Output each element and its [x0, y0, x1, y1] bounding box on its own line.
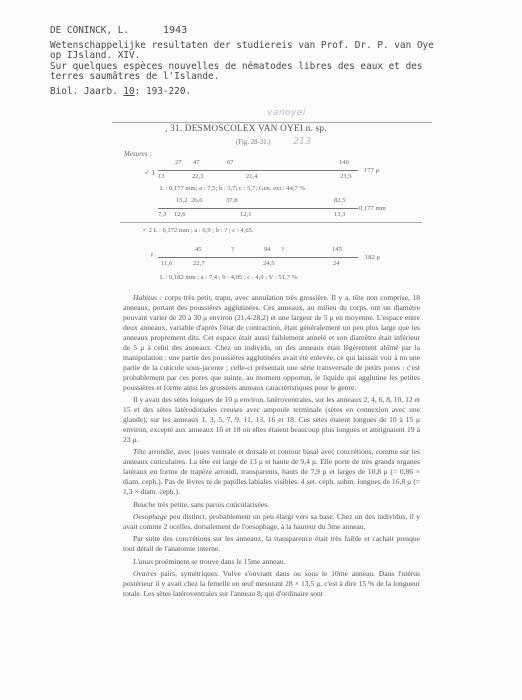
male2-summary: ♂ 2 L : 0,172 mm ; a : 6,9 ; b : ? ; c :…	[142, 227, 253, 234]
paragraph-mouth: Bouche très petite, sans parois cuticula…	[123, 500, 420, 510]
section-separator	[120, 222, 422, 223]
female-total: 182 μ	[365, 254, 380, 261]
paragraph-ovaries: Ovaires pairs, symétriques. Vulve s'ouvr…	[123, 569, 420, 599]
handwritten-number-annotation: 213	[293, 136, 311, 147]
author: DE CONINCK, L.	[50, 25, 129, 36]
subtitle-line-2: terres saumâtres de l'Islande.	[50, 72, 510, 83]
author-line: DE CONINCK, L.1943	[50, 26, 510, 37]
measurements-label: Mesures :	[124, 150, 152, 158]
female-summary: L : 0,182 mm ; a : 7,4 ; b : 4,05 ; c : …	[160, 274, 299, 281]
figure-reference: (Fig. 28-31.)	[236, 139, 271, 146]
female-formula-line	[158, 257, 358, 258]
paragraph-oesophagus: Oesophage peu distinct, probablement un …	[123, 512, 420, 532]
paragraph-transparency: Par suite des concrétions sur les anneau…	[123, 534, 420, 554]
male1-row2-total: 0,177 mm	[359, 205, 386, 212]
top-rule	[112, 122, 432, 123]
volume: 10	[123, 86, 134, 97]
paragraph-setae: Il y avait des sètes longues de 10 μ env…	[123, 395, 420, 445]
catalog-card-header: DE CONINCK, L.1943 Wetenschappelijke res…	[50, 26, 510, 98]
paragraph-head: Tête arrondie, avec joues ventrale et do…	[123, 447, 420, 497]
female-label: ♀	[149, 250, 155, 259]
male1-formula-line	[158, 170, 358, 171]
species-heading: , 31. DESMOSCOLEX VAN OYEI n. sp.	[165, 124, 327, 134]
male1-summary: L : 0,177 mm; a : 7,5; b : 3,7; c : 5,7;…	[160, 185, 307, 192]
paragraph-anus: L'anus proéminent se trouve dans le 15me…	[123, 557, 420, 567]
male1-row2-line	[158, 208, 358, 209]
paragraph-habitus: Habitus : corps très petit, trapu, avec …	[123, 293, 420, 393]
year: 1943	[163, 25, 187, 36]
male1-total: 177 μ	[364, 167, 379, 174]
description-text: Habitus : corps très petit, trapu, avec …	[123, 293, 420, 599]
handwritten-name-annotation: vanoyei	[267, 108, 306, 118]
citation: Biol. Jaarb. 10: 193-220.	[50, 87, 510, 98]
male1-label: ♂ 1	[144, 168, 155, 177]
